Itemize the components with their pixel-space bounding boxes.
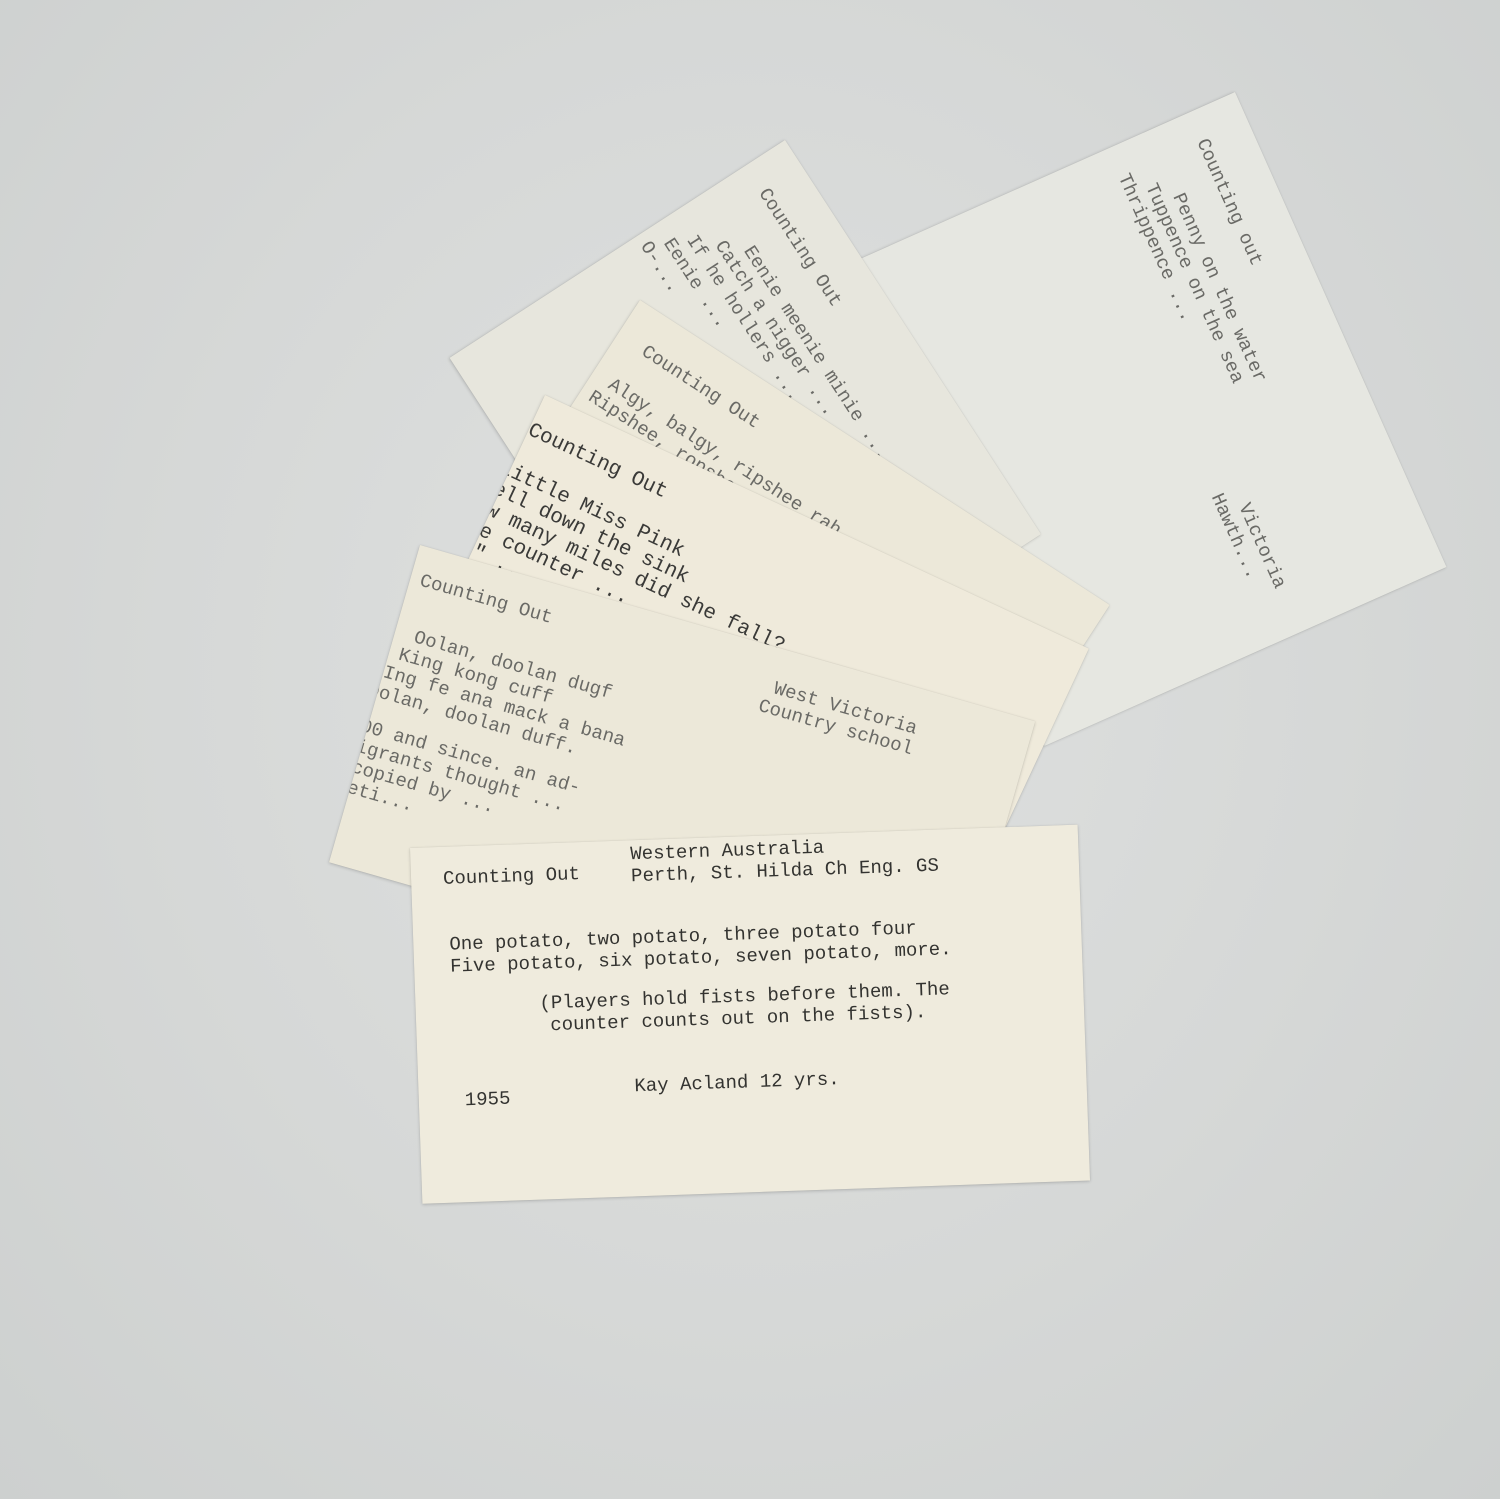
card-year: 1955 bbox=[464, 1089, 510, 1112]
card-title: Counting Out bbox=[443, 864, 580, 890]
index-card-one-potato: Counting Out Western Australia Perth, St… bbox=[410, 825, 1090, 1204]
card-title: Counting Out bbox=[417, 571, 554, 629]
card-contributor: Kay Acland 12 yrs. bbox=[634, 1069, 840, 1097]
